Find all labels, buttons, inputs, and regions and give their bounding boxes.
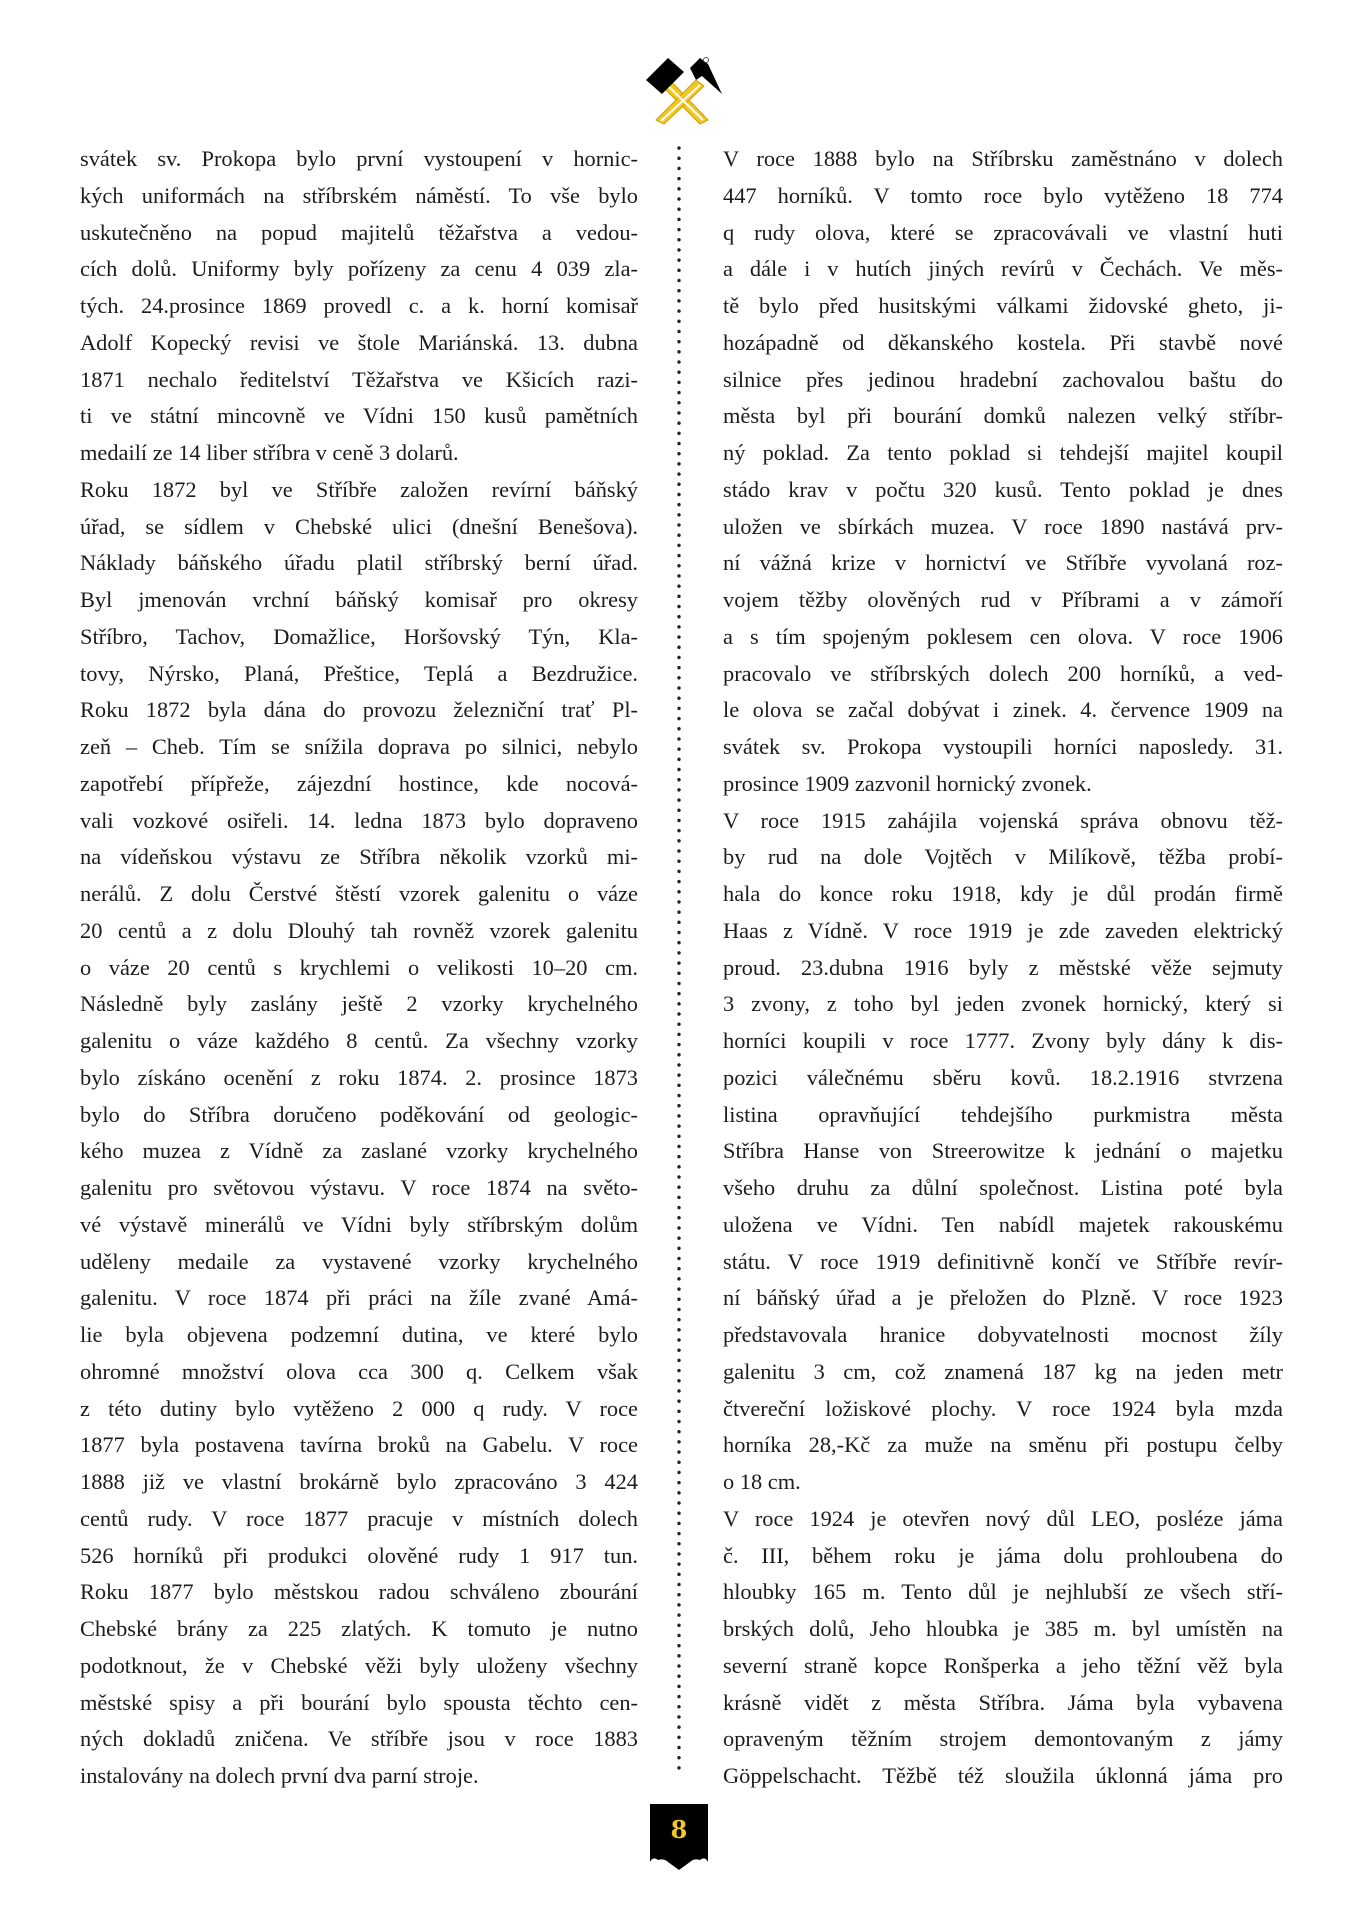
text-line: nerálů. Z dolu Čerstvé štěstí vzorek gal… — [80, 876, 638, 913]
text-line: Göppelschacht. Těžbě též sloužila úklonn… — [723, 1758, 1283, 1795]
text-line: galenitu 3 cm, což znamená 187 kg na jed… — [723, 1354, 1283, 1391]
text-line: ti ve státní mincovně ve Vídni 150 kusů … — [80, 398, 638, 435]
text-line: galenitu. V roce 1874 při práci na žíle … — [80, 1280, 638, 1317]
text-line: vojem těžby olověných rud v Příbrami a v… — [723, 582, 1283, 619]
text-line: tých. 24.prosince 1869 provedl c. a k. h… — [80, 288, 638, 325]
text-line: představovala hranice dobyvatelnosti moc… — [723, 1317, 1283, 1354]
text-line: le olova se začal dobývat i zinek. 4. če… — [723, 692, 1283, 729]
text-line: na vídeňskou výstavu ze Stříbra několik … — [80, 839, 638, 876]
text-line: V roce 1924 je otevřen nový důl LEO, pos… — [723, 1501, 1283, 1538]
text-line: listina opravňující tehdejšího purkmistr… — [723, 1097, 1283, 1134]
text-line: pracovalo ve stříbrských dolech 200 horn… — [723, 656, 1283, 693]
text-line: uložena ve Vídni. Ten nabídl majetek rak… — [723, 1207, 1283, 1244]
text-line: Roku 1877 bylo městskou radou schváleno … — [80, 1574, 638, 1611]
text-line: stádo krav v počtu 320 kusů. Tento pokla… — [723, 472, 1283, 509]
text-line: svátek sv. Prokopa bylo první vystoupení… — [80, 141, 638, 178]
text-line: svátek sv. Prokopa vystoupili horníci na… — [723, 729, 1283, 766]
dotted-column-divider — [677, 143, 681, 1775]
text-line: prosince 1909 zazvonil hornický zvonek. — [723, 766, 1283, 803]
text-line: 526 horníků při produkci olověné rudy 1 … — [80, 1538, 638, 1575]
text-line: 447 horníků. V tomto roce bylo vytěženo … — [723, 178, 1283, 215]
text-line: brských dolů, Jeho hloubka je 385 m. byl… — [723, 1611, 1283, 1648]
text-line: pozici válečnému sběru kovů. 18.2.1916 s… — [723, 1060, 1283, 1097]
text-line: ní báňský úřad a je přeložen do Plzně. V… — [723, 1280, 1283, 1317]
text-line: Adolf Kopecký revisi ve štole Mariánská.… — [80, 325, 638, 362]
text-line: a dále i v hutích jiných revírů v Čechác… — [723, 251, 1283, 288]
right-text-column: V roce 1888 bylo na Stříbrsku zaměstnáno… — [723, 141, 1283, 1795]
text-line: Byl jmenován vrchní báňský komisař pro o… — [80, 582, 638, 619]
left-text-column: svátek sv. Prokopa bylo první vystoupení… — [80, 141, 638, 1795]
text-line: podotknout, že v Chebské věži byly ulože… — [80, 1648, 638, 1685]
text-line: ný poklad. Za tento poklad si tehdejší m… — [723, 435, 1283, 472]
hammer-and-pick-icon — [638, 50, 722, 126]
text-line: hozápadně od děkanského kostela. Při sta… — [723, 325, 1283, 362]
text-line: a s tím spojeným poklesem cen olova. V r… — [723, 619, 1283, 656]
text-line: ní vážná krize v hornictví ve Stříbře vy… — [723, 545, 1283, 582]
text-line: Roku 1872 byla dána do provozu železničn… — [80, 692, 638, 729]
text-line: Haas z Vídně. V roce 1919 je zde zaveden… — [723, 913, 1283, 950]
text-line: silnice přes jedinou hradební zachovalou… — [723, 362, 1283, 399]
text-line: cích dolů. Uniformy byly pořízeny za cen… — [80, 251, 638, 288]
text-line: o 18 cm. — [723, 1464, 1283, 1501]
text-line: Roku 1872 byl ve Stříbře založen revírní… — [80, 472, 638, 509]
text-line: č. III, během roku je jáma dolu prohloub… — [723, 1538, 1283, 1575]
text-line: 1877 byla postavena tavírna broků na Gab… — [80, 1427, 638, 1464]
text-line: galenitu o váze každého 8 centů. Za všec… — [80, 1023, 638, 1060]
text-line: uložen ve sbírkách muzea. V roce 1890 na… — [723, 509, 1283, 546]
text-line: Stříbra Hanse von Streerowitze k jednání… — [723, 1133, 1283, 1170]
text-line: státu. V roce 1919 definitivně končí ve … — [723, 1244, 1283, 1281]
text-line: zeň – Cheb. Tím se snížila doprava po si… — [80, 729, 638, 766]
text-line: krásně vidět z města Stříbra. Jáma byla … — [723, 1685, 1283, 1722]
text-line: vali vozkové osiřeli. 14. ledna 1873 byl… — [80, 803, 638, 840]
text-line: zapotřebí přípřeže, zájezdní hostince, k… — [80, 766, 638, 803]
text-line: ohromné množství olova cca 300 q. Celkem… — [80, 1354, 638, 1391]
text-line: Následně byly zaslány ještě 2 vzorky kry… — [80, 986, 638, 1023]
text-line: hala do konce roku 1918, kdy je důl prod… — [723, 876, 1283, 913]
text-line: o váze 20 centů s krychlemi o velikosti … — [80, 950, 638, 987]
text-line: horníci koupili v roce 1777. Zvony byly … — [723, 1023, 1283, 1060]
text-line: 1871 nechalo ředitelství Těžařstva ve Kš… — [80, 362, 638, 399]
text-line: uskutečněno na popud majitelů těžařstva … — [80, 215, 638, 252]
text-line: Stříbro, Tachov, Domažlice, Horšovský Tý… — [80, 619, 638, 656]
text-line: všeho druhu za důlní společnost. Listina… — [723, 1170, 1283, 1207]
text-line: centů rudy. V roce 1877 pracuje v místní… — [80, 1501, 638, 1538]
text-line: kého muzea z Vídně za zaslané vzorky kry… — [80, 1133, 638, 1170]
text-line: lie byla objevena podzemní dutina, ve kt… — [80, 1317, 638, 1354]
text-line: z této dutiny bylo vytěženo 2 000 q rudy… — [80, 1391, 638, 1428]
text-line: 3 zvony, z toho byl jeden zvonek hornick… — [723, 986, 1283, 1023]
text-line: ných dokladů zničena. Ve stříbře jsou v … — [80, 1721, 638, 1758]
text-line: V roce 1888 bylo na Stříbrsku zaměstnáno… — [723, 141, 1283, 178]
text-line: města byl při bourání domků nalezen velk… — [723, 398, 1283, 435]
text-line: Náklady báňského úřadu platil stříbrský … — [80, 545, 638, 582]
page-number: 8 — [650, 1815, 708, 1844]
text-line: bylo získáno ocenění z roku 1874. 2. pro… — [80, 1060, 638, 1097]
text-line: tě bylo před husitskými válkami židovské… — [723, 288, 1283, 325]
text-line: proud. 23.dubna 1916 byly z městské věže… — [723, 950, 1283, 987]
text-line: by rud na dole Vojtěch v Milíkově, těžba… — [723, 839, 1283, 876]
text-line: instalovány na dolech první dva parní st… — [80, 1758, 638, 1795]
text-line: tovy, Nýrsko, Planá, Přeštice, Teplá a B… — [80, 656, 638, 693]
text-line: q rudy olova, které se zpracovávali ve v… — [723, 215, 1283, 252]
text-line: městské spisy a při bourání bylo spousta… — [80, 1685, 638, 1722]
text-line: vé výstavě minerálů ve Vídni byly stříbr… — [80, 1207, 638, 1244]
text-line: hloubky 165 m. Tento důl je nejhlubší ze… — [723, 1574, 1283, 1611]
text-line: 20 centů a z dolu Dlouhý tah rovněž vzor… — [80, 913, 638, 950]
text-line: Chebské brány za 225 zlatých. K tomuto j… — [80, 1611, 638, 1648]
text-line: úřad, se sídlem v Chebské ulici (dnešní … — [80, 509, 638, 546]
text-line: kých uniformách na stříbrském náměstí. T… — [80, 178, 638, 215]
text-line: medailí ze 14 liber stříbra v ceně 3 dol… — [80, 435, 638, 472]
text-line: čtvereční ložiskové plochy. V roce 1924 … — [723, 1391, 1283, 1428]
text-line: horníka 28,-Kč za muže na směnu při post… — [723, 1427, 1283, 1464]
text-line: severní straně kopce Ronšperka a jeho tě… — [723, 1648, 1283, 1685]
text-line: galenitu pro světovou výstavu. V roce 18… — [80, 1170, 638, 1207]
text-line: uděleny medaile za vystavené vzorky kryc… — [80, 1244, 638, 1281]
text-line: opraveným těžním strojem demontovaným z … — [723, 1721, 1283, 1758]
text-line: 1888 již ve vlastní brokárně bylo zpraco… — [80, 1464, 638, 1501]
text-line: V roce 1915 zahájila vojenská správa obn… — [723, 803, 1283, 840]
text-line: bylo do Stříbra doručeno poděkování od g… — [80, 1097, 638, 1134]
